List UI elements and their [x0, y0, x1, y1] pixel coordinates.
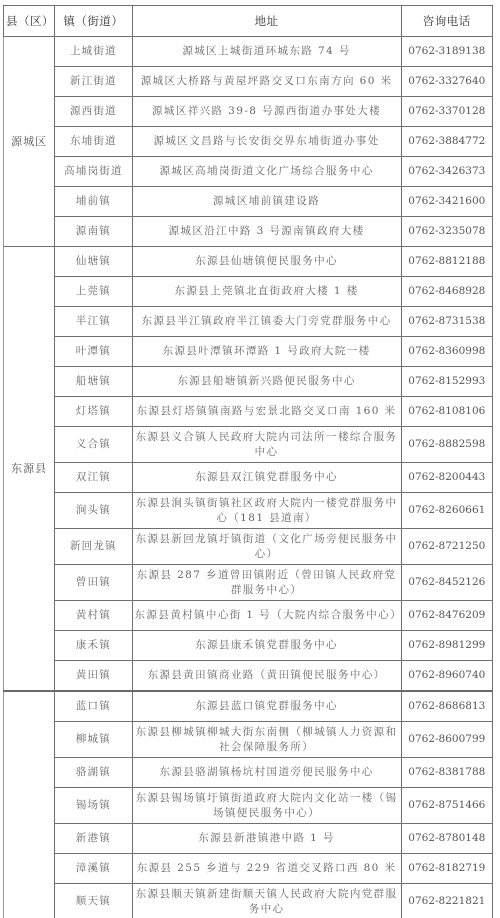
address-cell: 东源县叶潭镇环潭路 1 号政府大院一楼 [132, 337, 401, 367]
table-row: 曾田镇 东源县 287 乡道曾田镇附近（曾田镇人民政府党群服务中心） 0762-… [4, 565, 493, 601]
phone-cell: 0762-8221821 [401, 884, 492, 918]
table-row: 新港镇 东源县新港镇港中路 1 号 0762-8780148 [4, 824, 493, 854]
address-cell: 东源县骆湖镇杨坑村国道旁便民服务中心 [132, 758, 401, 788]
phone-cell: 0762-8152993 [401, 367, 492, 397]
county-cell [4, 691, 55, 918]
address-cell: 源城区文昌路与长安街交界东埔街道办事处 [132, 127, 401, 157]
table-row: 灯塔镇 东源县灯塔镇镇南路与宏景北路交叉口南 160 米 0762-810810… [4, 397, 493, 427]
town-cell: 埔前镇 [55, 187, 132, 217]
town-cell: 灯塔镇 [55, 397, 132, 427]
table-row: 新回龙镇 东源县新回龙镇圩镇街道（文化广场旁便民服务中心） 0762-87212… [4, 529, 493, 565]
address-cell: 源城区大桥路与黄屋坪路交叉口东南方向 60 米 [132, 67, 401, 97]
table-row: 半江镇 东源县半江镇政府半江镇委大门旁党群服务中心 0762-8731538 [4, 307, 493, 337]
town-cell: 涧头镇 [55, 493, 132, 529]
phone-cell: 0762-8780148 [401, 824, 492, 854]
table-row: 黄村镇 东源县黄村镇中心街 1 号（大院内综合服务中心） 0762-847620… [4, 601, 493, 631]
address-cell: 东源县义合镇人民政府大院内司法所一楼综合服务中心 [132, 427, 401, 463]
address-cell: 东源县灯塔镇镇南路与宏景北路交叉口南 160 米 [132, 397, 401, 427]
town-cell: 新港镇 [55, 824, 132, 854]
town-cell: 新江街道 [55, 67, 132, 97]
address-cell: 源城区上城街道环城东路 74 号 [132, 37, 401, 67]
phone-cell: 0762-8981299 [401, 631, 492, 661]
phone-cell: 0762-3421600 [401, 187, 492, 217]
table-row: 锡场镇 东源县锡场镇圩镇街道政府大院内文化站一楼（锡场镇便民服务中心） 0762… [4, 788, 493, 824]
address-cell: 东源县半江镇政府半江镇委大门旁党群服务中心 [132, 307, 401, 337]
town-cell: 上城街道 [55, 37, 132, 67]
town-cell: 义合镇 [55, 427, 132, 463]
address-cell: 东源县新港镇港中路 1 号 [132, 824, 401, 854]
address-cell: 东源县仙塘镇便民服务中心 [132, 247, 401, 277]
table-header-row: 县（区） 镇（街道） 地址 咨询电话 [4, 6, 493, 37]
town-cell: 船塘镇 [55, 367, 132, 397]
address-cell: 东源县蓝口镇党群服务中心 [132, 691, 401, 722]
table-row: 义合镇 东源县义合镇人民政府大院内司法所一楼综合服务中心 0762-888259… [4, 427, 493, 463]
address-cell: 东源县涧头镇街镇社区政府大院内一楼党群服务中心（181 县道南） [132, 493, 401, 529]
table-row: 高埔岗街道 源城区高埔岗街道文化广场综合服务中心 0762-3426373 [4, 157, 493, 187]
service-center-table: 县（区） 镇（街道） 地址 咨询电话 源城区 上城街道 源城区上城街道环城东路 … [3, 5, 493, 918]
table-row: 东源县 仙塘镇 东源县仙塘镇便民服务中心 0762-8812188 [4, 247, 493, 277]
table-row: 蓝口镇 东源县蓝口镇党群服务中心 0762-8686813 [4, 691, 493, 722]
phone-cell: 0762-3426373 [401, 157, 492, 187]
address-cell: 源城区祥兴路 39-8 号源西街道办事处大楼 [132, 97, 401, 127]
county-cell: 东源县 [4, 247, 55, 692]
phone-cell: 0762-8751466 [401, 788, 492, 824]
address-cell: 东源县锡场镇圩镇街道政府大院内文化站一楼（锡场镇便民服务中心） [132, 788, 401, 824]
phone-cell: 0762-8960740 [401, 661, 492, 692]
phone-cell: 0762-3370128 [401, 97, 492, 127]
address-cell: 东源县 255 乡道与 229 省道交叉路口西 80 米 [132, 854, 401, 884]
town-cell: 锡场镇 [55, 788, 132, 824]
phone-cell: 0762-8731538 [401, 307, 492, 337]
table-row: 康禾镇 东源县康禾镇党群服务中心 0762-8981299 [4, 631, 493, 661]
table-row: 双江镇 东源县双江镇党群服务中心 0762-8200443 [4, 463, 493, 493]
phone-cell: 0762-8812188 [401, 247, 492, 277]
phone-cell: 0762-8200443 [401, 463, 492, 493]
table-row: 船塘镇 东源县船塘镇新兴路便民服务中心 0762-8152993 [4, 367, 493, 397]
table-row: 漳溪镇 东源县 255 乡道与 229 省道交叉路口西 80 米 0762-81… [4, 854, 493, 884]
phone-cell: 0762-8452126 [401, 565, 492, 601]
town-cell: 曾田镇 [55, 565, 132, 601]
phone-cell: 0762-3884772 [401, 127, 492, 157]
town-cell: 半江镇 [55, 307, 132, 337]
table-row: 涧头镇 东源县涧头镇街镇社区政府大院内一楼党群服务中心（181 县道南） 076… [4, 493, 493, 529]
address-cell: 东源县新回龙镇圩镇街道（文化广场旁便民服务中心） [132, 529, 401, 565]
town-cell: 黄田镇 [55, 661, 132, 692]
phone-cell: 0762-8108106 [401, 397, 492, 427]
address-cell: 东源县柳城镇柳城大街东南侧（柳城镇人力资源和社会保障服务所） [132, 722, 401, 758]
town-cell: 康禾镇 [55, 631, 132, 661]
phone-cell: 0762-8381788 [401, 758, 492, 788]
address-cell: 东源县上莞镇北直街政府大楼 1 楼 [132, 277, 401, 307]
town-cell: 仙塘镇 [55, 247, 132, 277]
town-cell: 骆湖镇 [55, 758, 132, 788]
table-row: 叶潭镇 东源县叶潭镇环潭路 1 号政府大院一楼 0762-8360998 [4, 337, 493, 367]
table-row: 黄田镇 东源县黄田镇商业路（黄田镇便民服务中心） 0762-8960740 [4, 661, 493, 692]
town-cell: 柳城镇 [55, 722, 132, 758]
phone-cell: 0762-8468928 [401, 277, 492, 307]
address-cell: 东源县 287 乡道曾田镇附近（曾田镇人民政府党群服务中心） [132, 565, 401, 601]
phone-cell: 0762-8360998 [401, 337, 492, 367]
town-cell: 东埔街道 [55, 127, 132, 157]
address-cell: 源城区高埔岗街道文化广场综合服务中心 [132, 157, 401, 187]
phone-cell: 0762-8721250 [401, 529, 492, 565]
town-cell: 双江镇 [55, 463, 132, 493]
phone-cell: 0762-8260661 [401, 493, 492, 529]
header-address: 地址 [132, 6, 401, 37]
table-row: 源南镇 源城区沿江中路 3 号源南镇政府大楼 0762-3235078 [4, 217, 493, 247]
phone-cell: 0762-8600799 [401, 722, 492, 758]
address-cell: 东源县黄田镇商业路（黄田镇便民服务中心） [132, 661, 401, 692]
phone-cell: 0762-3235078 [401, 217, 492, 247]
address-cell: 源城区沿江中路 3 号源南镇政府大楼 [132, 217, 401, 247]
table-row: 埔前镇 源城区埔前镇建设路 0762-3421600 [4, 187, 493, 217]
town-cell: 顺天镇 [55, 884, 132, 918]
phone-cell: 0762-8686813 [401, 691, 492, 722]
document-page: 县（区） 镇（街道） 地址 咨询电话 源城区 上城街道 源城区上城街道环城东路 … [0, 5, 500, 918]
table-row: 柳城镇 东源县柳城镇柳城大街东南侧（柳城镇人力资源和社会保障服务所） 0762-… [4, 722, 493, 758]
phone-cell: 0762-8476209 [401, 601, 492, 631]
address-cell: 源城区埔前镇建设路 [132, 187, 401, 217]
table-row: 东埔街道 源城区文昌路与长安街交界东埔街道办事处 0762-3884772 [4, 127, 493, 157]
table-row: 源城区 上城街道 源城区上城街道环城东路 74 号 0762-3189138 [4, 37, 493, 67]
table-row: 骆湖镇 东源县骆湖镇杨坑村国道旁便民服务中心 0762-8381788 [4, 758, 493, 788]
town-cell: 蓝口镇 [55, 691, 132, 722]
county-cell: 源城区 [4, 37, 55, 247]
table-row: 新江街道 源城区大桥路与黄屋坪路交叉口东南方向 60 米 0762-332764… [4, 67, 493, 97]
phone-cell: 0762-8882598 [401, 427, 492, 463]
town-cell: 高埔岗街道 [55, 157, 132, 187]
town-cell: 上莞镇 [55, 277, 132, 307]
table-row: 上莞镇 东源县上莞镇北直街政府大楼 1 楼 0762-8468928 [4, 277, 493, 307]
town-cell: 漳溪镇 [55, 854, 132, 884]
address-cell: 东源县康禾镇党群服务中心 [132, 631, 401, 661]
address-cell: 东源县黄村镇中心街 1 号（大院内综合服务中心） [132, 601, 401, 631]
phone-cell: 0762-3327640 [401, 67, 492, 97]
town-cell: 叶潭镇 [55, 337, 132, 367]
header-phone: 咨询电话 [401, 6, 492, 37]
header-county: 县（区） [4, 6, 55, 37]
phone-cell: 0762-3189138 [401, 37, 492, 67]
header-town: 镇（街道） [55, 6, 132, 37]
address-cell: 东源县船塘镇新兴路便民服务中心 [132, 367, 401, 397]
table-row: 源西街道 源城区祥兴路 39-8 号源西街道办事处大楼 0762-3370128 [4, 97, 493, 127]
town-cell: 新回龙镇 [55, 529, 132, 565]
town-cell: 源西街道 [55, 97, 132, 127]
phone-cell: 0762-8182719 [401, 854, 492, 884]
town-cell: 黄村镇 [55, 601, 132, 631]
table-row: 顺天镇 东源县顺天镇新建街顺天镇人民政府大院内党群服务中心 0762-82218… [4, 884, 493, 918]
town-cell: 源南镇 [55, 217, 132, 247]
address-cell: 东源县顺天镇新建街顺天镇人民政府大院内党群服务中心 [132, 884, 401, 918]
address-cell: 东源县双江镇党群服务中心 [132, 463, 401, 493]
